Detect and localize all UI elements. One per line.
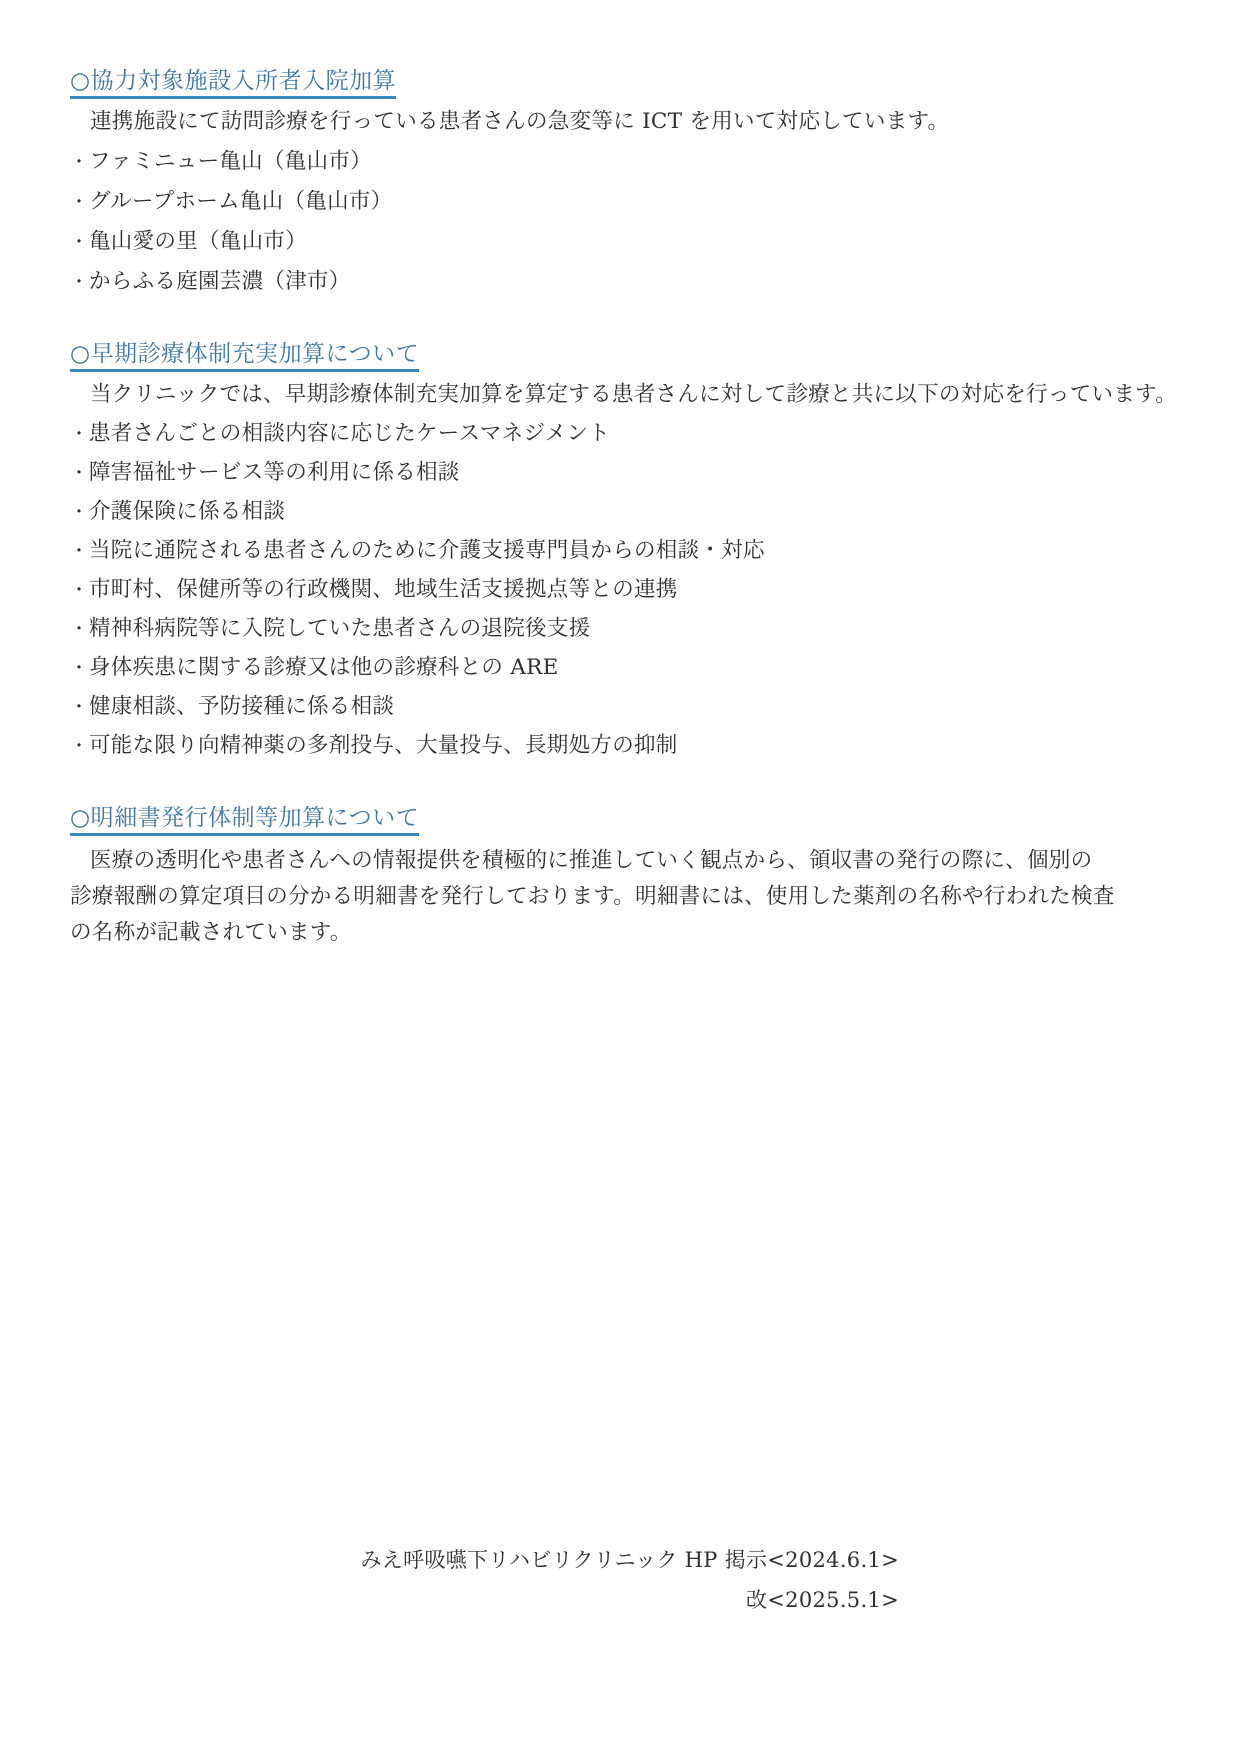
document-page: ○協力対象施設入所者入院加算 連携施設にて訪問診療を行っている患者さんの急変等に… <box>0 0 1241 1754</box>
list-item-text: 市町村、保健所等の行政機関、地域生活支援拠点等との連携 <box>89 577 678 602</box>
list-item: ・ 患者さんごとの相談内容に応じたケースマネジメント <box>70 421 1183 447</box>
list-item: ・ 介護保険に係る相談 <box>70 499 1183 525</box>
bullet-marker: ・ <box>70 539 89 564</box>
bullet-marker: ・ <box>70 656 89 681</box>
bullet-marker: ・ <box>70 461 89 486</box>
list-item-text: 介護保険に係る相談 <box>89 499 285 524</box>
bullet-marker: ・ <box>70 734 89 759</box>
section-early-treatment-addition: ○早期診療体制充実加算について 当クリニックでは、早期診療体制充実加算を算定する… <box>70 341 1183 759</box>
list-item-text: 精神科病院等に入院していた患者さんの退院後支援 <box>89 616 590 641</box>
list-item-text: グループホーム亀山（亀山市） <box>89 189 392 214</box>
list-item: ・ 当院に通院される患者さんのために介護支援専門員からの相談・対応 <box>70 538 1183 564</box>
list-item: ・ 健康相談、予防接種に係る相談 <box>70 694 1183 720</box>
list-item-text: 可能な限り向精神薬の多剤投与、大量投与、長期処方の抑制 <box>89 733 678 758</box>
list-item-text: ファミニュー亀山（亀山市） <box>89 149 372 174</box>
bullet-marker: ・ <box>70 617 89 642</box>
bullet-marker: ・ <box>70 500 89 525</box>
section-heading: ○明細書発行体制等加算について <box>70 805 419 836</box>
list-item: ・ からふる庭園芸濃（津市） <box>70 269 1183 295</box>
list-item: ・ 精神科病院等に入院していた患者さんの退院後支援 <box>70 616 1183 642</box>
list-item: ・ 可能な限り向精神薬の多剤投与、大量投与、長期処方の抑制 <box>70 733 1183 759</box>
section-heading: ○早期診療体制充実加算について <box>70 341 419 372</box>
list-item-text: 身体疾患に関する診療又は他の診療科との ARE <box>89 655 559 680</box>
section-itemized-bill-addition: ○明細書発行体制等加算について 医療の透明化や患者さんへの情報提供を積極的に推進… <box>70 805 1183 951</box>
bullet-marker: ・ <box>70 422 89 447</box>
intro-line: 医療の透明化や患者さんへの情報提供を積極的に推進していく観点から、領収書の発行の… <box>70 843 1183 879</box>
list-item-text: 亀山愛の里（亀山市） <box>89 229 307 254</box>
list-item-text: 障害福祉サービス等の利用に係る相談 <box>89 460 460 485</box>
bullet-marker: ・ <box>70 270 89 295</box>
section-intro: 当クリニックでは、早期診療体制充実加算を算定する患者さんに対して診療と共に以下の… <box>70 381 1183 408</box>
bullet-marker: ・ <box>70 190 89 215</box>
facility-list: ・ ファミニュー亀山（亀山市） ・ グループホーム亀山（亀山市） ・ 亀山愛の里… <box>70 149 1183 295</box>
footer-clinic-line: みえ呼吸嚥下リハビリクリニック HP 掲示<2024.6.1> <box>361 1540 900 1580</box>
bullet-marker: ・ <box>70 150 89 175</box>
list-item-text: からふる庭園芸濃（津市） <box>89 269 351 294</box>
list-item: ・ グループホーム亀山（亀山市） <box>70 189 1183 215</box>
bullet-marker: ・ <box>70 578 89 603</box>
support-list: ・ 患者さんごとの相談内容に応じたケースマネジメント ・ 障害福祉サービス等の利… <box>70 421 1183 759</box>
list-item: ・ ファミニュー亀山（亀山市） <box>70 149 1183 175</box>
section-intro: 医療の透明化や患者さんへの情報提供を積極的に推進していく観点から、領収書の発行の… <box>70 843 1183 951</box>
footer-revision-line: 改<2025.5.1> <box>361 1580 900 1620</box>
list-item: ・ 亀山愛の里（亀山市） <box>70 229 1183 255</box>
section-cooperation-facility-addition: ○協力対象施設入所者入院加算 連携施設にて訪問診療を行っている患者さんの急変等に… <box>70 68 1183 295</box>
list-item: ・ 障害福祉サービス等の利用に係る相談 <box>70 460 1183 486</box>
list-item-text: 健康相談、予防接種に係る相談 <box>89 694 394 719</box>
bullet-marker: ・ <box>70 230 89 255</box>
list-item: ・ 身体疾患に関する診療又は他の診療科との ARE <box>70 655 1183 681</box>
document-footer: みえ呼吸嚥下リハビリクリニック HP 掲示<2024.6.1> 改<2025.5… <box>361 1540 900 1620</box>
intro-line: 診療報酬の算定項目の分かる明細書を発行しております。明細書には、使用した薬剤の名… <box>70 879 1183 915</box>
list-item: ・ 市町村、保健所等の行政機関、地域生活支援拠点等との連携 <box>70 577 1183 603</box>
bullet-marker: ・ <box>70 695 89 720</box>
section-heading: ○協力対象施設入所者入院加算 <box>70 68 396 99</box>
intro-line: の名称が記載されています。 <box>70 915 1183 951</box>
list-item-text: 当院に通院される患者さんのために介護支援専門員からの相談・対応 <box>89 538 765 563</box>
list-item-text: 患者さんごとの相談内容に応じたケースマネジメント <box>89 421 610 446</box>
section-intro: 連携施設にて訪問診療を行っている患者さんの急変等に ICT を用いて対応していま… <box>70 108 1183 135</box>
